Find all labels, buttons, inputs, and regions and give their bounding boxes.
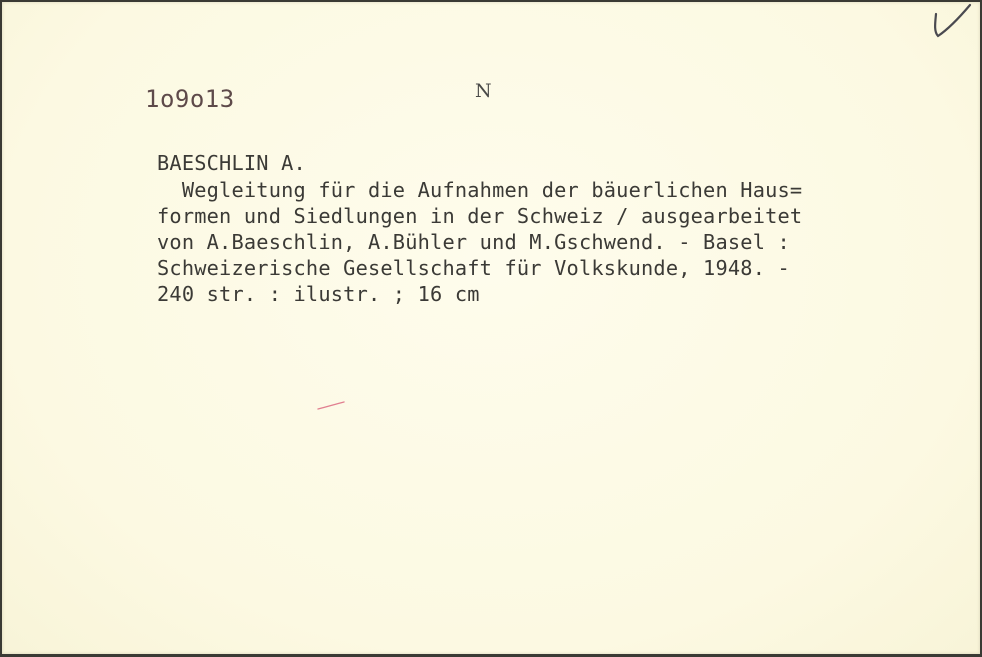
description-line-3: von A.Baeschlin, A.Bühler und M.Gschwend… [157,229,790,255]
red-pencil-mark [316,400,346,412]
description-line-4: Schweizerische Gesellschaft für Volkskun… [157,255,790,281]
description-line-5: 240 str. : ilustr. ; 16 cm [157,281,480,307]
call-number: 1o9o13 [145,85,235,113]
check-mark-icon [927,2,979,42]
catalog-card: 1o9o13 N BAESCHLIN A. Wegleitung für die… [2,2,980,654]
collection-mark: N [475,80,492,102]
description-line-2: formen und Siedlungen in der Schweiz / a… [157,203,802,229]
author-heading: BAESCHLIN A. [157,150,306,176]
description-line-1: Wegleitung für die Aufnahmen der bäuerli… [157,177,802,203]
